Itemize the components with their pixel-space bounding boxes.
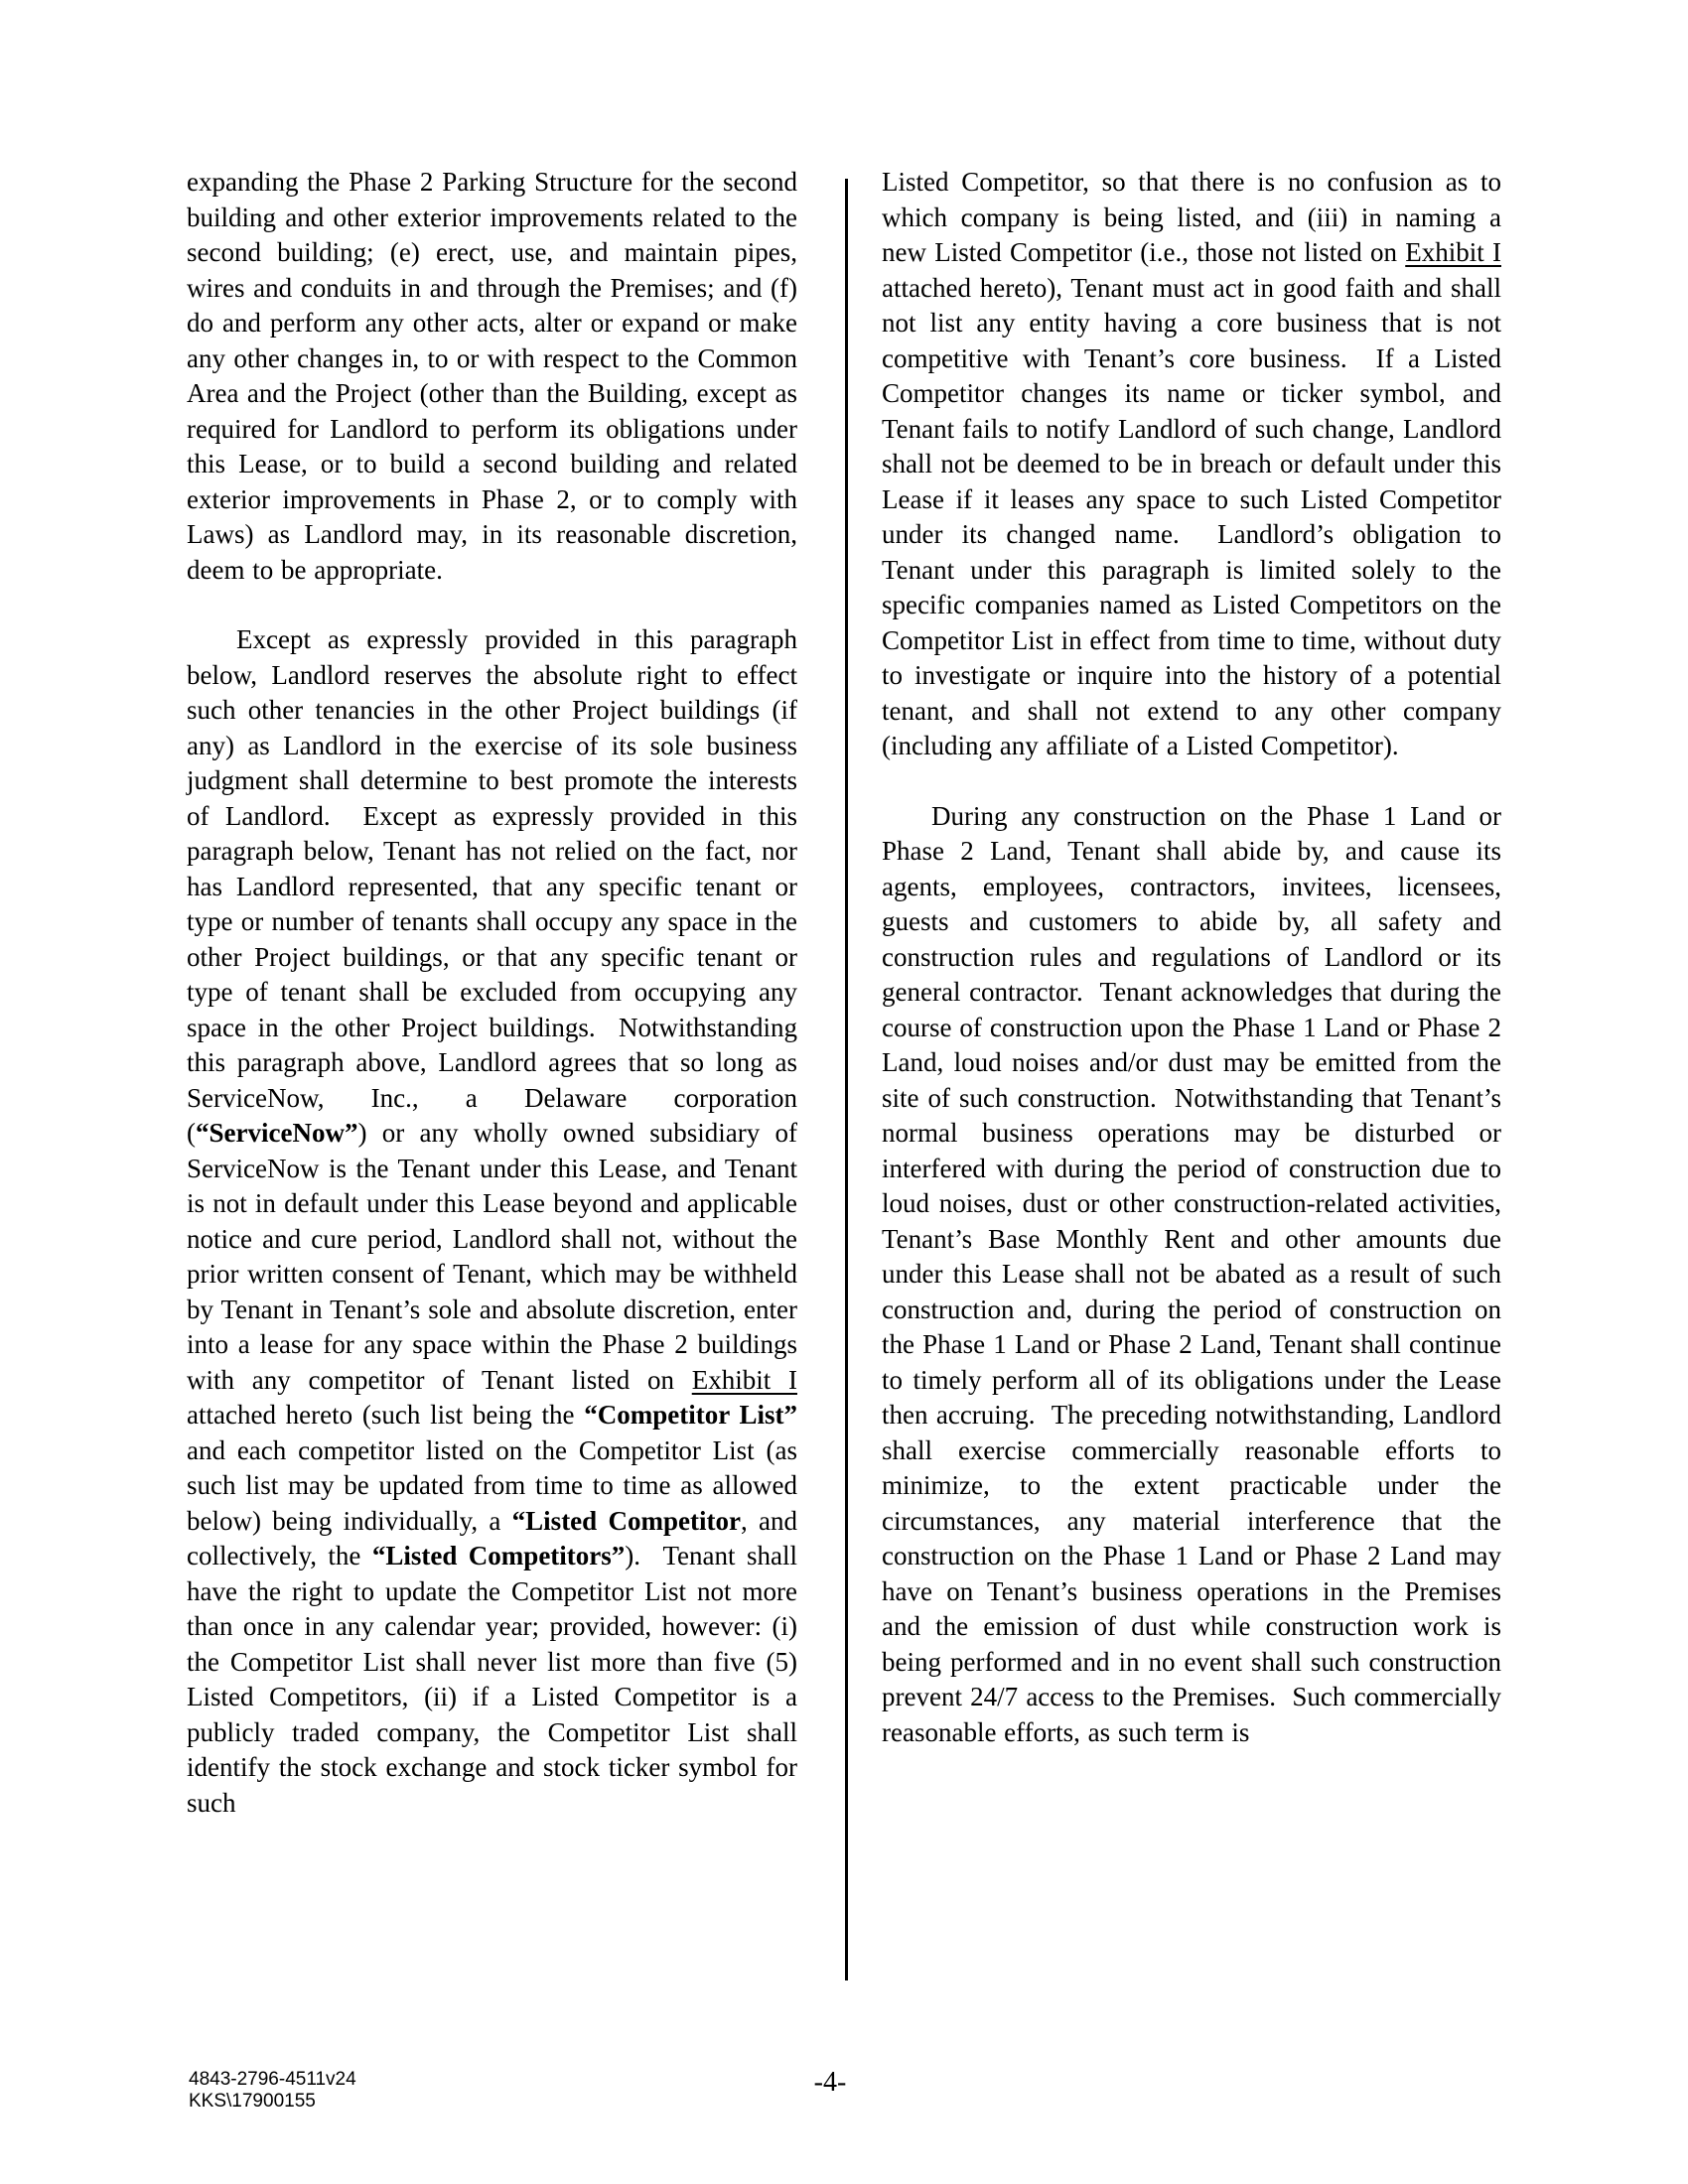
- text-segment: expanding the Phase 2 Parking Structure …: [187, 167, 797, 585]
- defined-term-bold: “Listed Competitor: [512, 1506, 741, 1536]
- defined-term-bold: “ServiceNow”: [196, 1118, 357, 1148]
- exhibit-reference-underlined: Exhibit I: [1405, 237, 1501, 267]
- footer-doc-id-line2: KKS\17900155: [189, 2091, 356, 2113]
- text-segment: attached hereto (such list being the: [187, 1400, 584, 1430]
- text-segment: ). Tenant shall have the right to update…: [187, 1541, 797, 1818]
- text-segment: During any construction on the Phase 1 L…: [882, 801, 1501, 1747]
- column-divider-rule: [845, 179, 848, 1980]
- text-segment: Except as expressly provided in this par…: [187, 624, 797, 1148]
- left-text-column: expanding the Phase 2 Parking Structure …: [187, 165, 797, 1821]
- defined-term-bold: “Listed Competitors”: [372, 1541, 625, 1570]
- footer-doc-id-line1: 4843-2796-4511v24: [189, 2069, 356, 2091]
- document-page: expanding the Phase 2 Parking Structure …: [0, 0, 1688, 2184]
- exhibit-reference-underlined: Exhibit I: [692, 1365, 797, 1395]
- paragraph: expanding the Phase 2 Parking Structure …: [187, 165, 797, 588]
- paragraph: Except as expressly provided in this par…: [187, 622, 797, 1821]
- paragraph: Listed Competitor, so that there is no c…: [882, 165, 1501, 764]
- footer-document-ids: 4843-2796-4511v24 KKS\17900155: [189, 2069, 356, 2113]
- defined-term-bold: “Competitor List”: [584, 1400, 797, 1430]
- text-segment: ) or any wholly owned subsidiary of Serv…: [187, 1118, 797, 1395]
- paragraph: During any construction on the Phase 1 L…: [882, 799, 1501, 1751]
- page-number: -4-: [771, 2067, 890, 2099]
- text-segment: attached hereto), Tenant must act in goo…: [882, 273, 1501, 761]
- right-text-column: Listed Competitor, so that there is no c…: [882, 165, 1501, 1750]
